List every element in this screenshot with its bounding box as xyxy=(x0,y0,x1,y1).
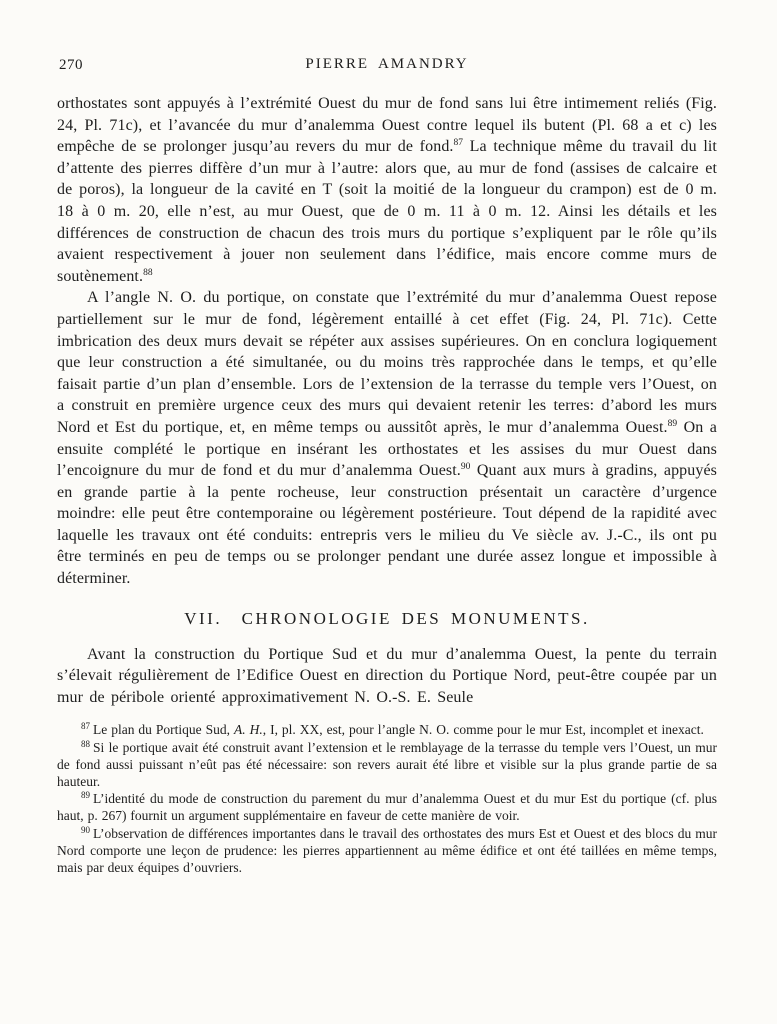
footnote-marker-88: 88 xyxy=(81,739,90,749)
body-text: Avant la construction du Portique Sud et… xyxy=(57,646,717,706)
footnote-87: 87Le plan du Portique Sud, A. H., I, pl.… xyxy=(57,721,717,738)
main-text-block: orthostates sont appuyés à l’extrémité O… xyxy=(57,93,717,708)
footnote-ref-88: 88 xyxy=(143,268,153,278)
body-text: A l’angle N. O. du portique, on constate… xyxy=(57,289,717,436)
footnote-marker-89: 89 xyxy=(81,790,90,800)
footnote-ref-87: 87 xyxy=(454,138,464,148)
footnote-marker-90: 90 xyxy=(81,825,90,835)
paragraph: Avant la construction du Portique Sud et… xyxy=(57,644,717,709)
footnote-89: 89L’identité du mode de construction du … xyxy=(57,790,717,824)
footnote-90: 90L’observation de différences important… xyxy=(57,825,717,877)
footnote-text: Le plan du Portique Sud, xyxy=(93,722,234,737)
running-title: PIERRE AMANDRY xyxy=(57,56,717,73)
body-text: Quant aux murs à gradins, appuyés en gra… xyxy=(57,462,717,587)
section-heading: VII. CHRONOLOGIE DES MONUMENTS. xyxy=(57,609,717,629)
citation-abbreviation: A. H. xyxy=(234,722,263,737)
body-text: La technique même du travail du lit d’at… xyxy=(57,138,717,285)
footnotes-section: 87Le plan du Portique Sud, A. H., I, pl.… xyxy=(57,721,717,876)
footnote-text: , I, pl. XX, est, pour l’angle N. O. com… xyxy=(263,722,704,737)
footnote-88: 88Si le portique avait été construit ava… xyxy=(57,739,717,791)
footnote-ref-90: 90 xyxy=(461,462,471,472)
footnote-text: L’observation de différences importantes… xyxy=(57,826,717,875)
paragraph-continuation: orthostates sont appuyés à l’extrémité O… xyxy=(57,93,717,287)
footnote-ref-89: 89 xyxy=(668,419,678,429)
running-header: 270 PIERRE AMANDRY xyxy=(57,56,717,76)
paragraph: A l’angle N. O. du portique, on constate… xyxy=(57,287,717,589)
page-number: 270 xyxy=(59,57,83,74)
footnote-text: Si le portique avait été construit avant… xyxy=(57,740,717,789)
book-page: 270 PIERRE AMANDRY orthostates sont appu… xyxy=(0,0,777,1024)
footnote-marker-87: 87 xyxy=(81,721,90,731)
footnote-text: L’identité du mode de construction du pa… xyxy=(57,791,717,823)
